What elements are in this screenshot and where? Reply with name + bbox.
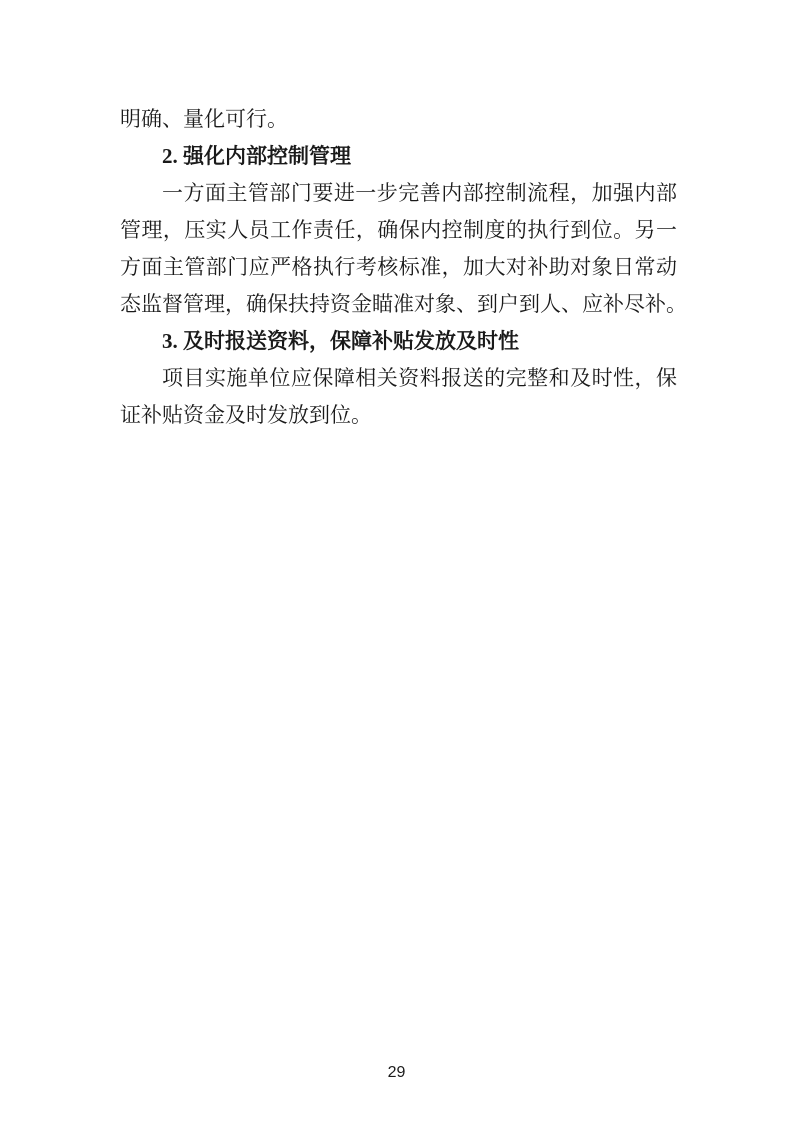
section-heading: 2. 强化内部控制管理 <box>120 138 677 175</box>
text-line: 证补贴资金及时发放到位。 <box>120 397 677 434</box>
text-line: 2. 强化内部控制管理 <box>120 138 677 175</box>
text-line: 一方面主管部门要进一步完善内部控制流程，加强内部 <box>120 175 677 212</box>
text-line: 3. 及时报送资料，保障补贴发放及时性 <box>120 323 677 360</box>
paragraph: 一方面主管部门要进一步完善内部控制流程，加强内部管理，压实人员工作责任，确保内控… <box>120 175 677 323</box>
text-line: 管理，压实人员工作责任，确保内控制度的执行到位。另一 <box>120 212 677 249</box>
text-line: 方面主管部门应严格执行考核标准，加大对补助对象日常动 <box>120 249 677 286</box>
page-footer: 29 <box>0 1063 793 1083</box>
text-line: 态监督管理，确保扶持资金瞄准对象、到户到人、应补尽补。 <box>120 286 677 323</box>
text-line: 明确、量化可行。 <box>120 101 677 138</box>
paragraph: 项目实施单位应保障相关资料报送的完整和及时性，保证补贴资金及时发放到位。 <box>120 360 677 434</box>
page-number: 29 <box>388 1064 406 1081</box>
text-block: 明确、量化可行。2. 强化内部控制管理一方面主管部门要进一步完善内部控制流程，加… <box>120 101 677 434</box>
paragraph: 明确、量化可行。 <box>120 101 677 138</box>
text-line: 项目实施单位应保障相关资料报送的完整和及时性，保 <box>120 360 677 397</box>
section-heading: 3. 及时报送资料，保障补贴发放及时性 <box>120 323 677 360</box>
document-page: 明确、量化可行。2. 强化内部控制管理一方面主管部门要进一步完善内部控制流程，加… <box>0 0 793 1122</box>
